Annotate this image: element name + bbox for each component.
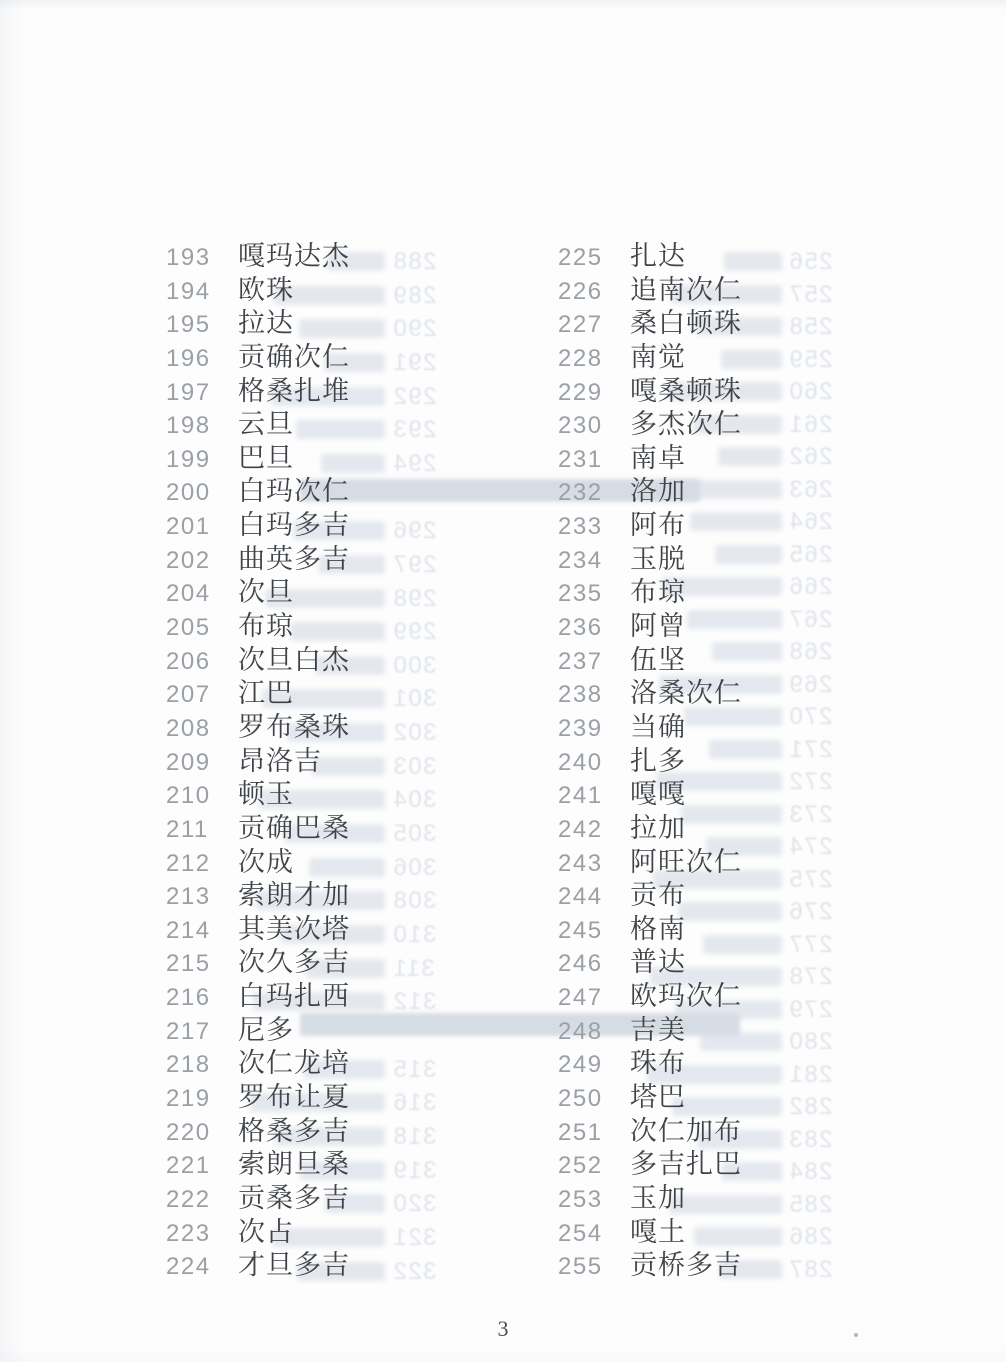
- entry-number: 231: [558, 443, 630, 477]
- entry-name: 索朗旦桑: [238, 1149, 350, 1179]
- list-item: 222贡桑多吉: [166, 1182, 350, 1216]
- bleedthrough-number: 290: [392, 317, 452, 341]
- entry-name: 白玛次仁: [238, 476, 350, 506]
- entry-number: 222: [166, 1183, 238, 1217]
- bleedthrough-number: 306: [392, 856, 452, 880]
- bleedthrough-number: 300: [392, 654, 452, 678]
- entry-name: 次久多吉: [238, 947, 350, 977]
- bleedthrough-number: 316: [392, 1091, 452, 1115]
- entry-name: 白玛扎西: [238, 981, 350, 1011]
- entry-number: 208: [166, 712, 238, 746]
- bleedthrough-number: 320: [392, 1192, 452, 1216]
- list-item: 213索朗才加: [166, 879, 350, 913]
- list-item: 241嘎嘎: [558, 778, 742, 812]
- bleedthrough-number: 303: [392, 755, 452, 779]
- bleedthrough-number: 266: [788, 575, 848, 599]
- entry-name: 贡确次仁: [238, 342, 350, 372]
- entry-name: 贡布: [630, 880, 686, 910]
- list-item: 218次仁龙培: [166, 1047, 350, 1081]
- list-item: 215次久多吉: [166, 946, 350, 980]
- list-item: 251次仁加布: [558, 1115, 742, 1149]
- bleedthrough-number: 277: [788, 933, 848, 957]
- entry-number: 219: [166, 1082, 238, 1116]
- list-item: 207江巴: [166, 677, 350, 711]
- bleedthrough-number: 281: [788, 1063, 848, 1087]
- bleedthrough-number: 278: [788, 965, 848, 989]
- entry-name: 嘎嘎: [630, 779, 686, 809]
- entry-number: 243: [558, 847, 630, 881]
- list-item: 193嘎玛达杰: [166, 240, 350, 274]
- bleedthrough-number: 269: [788, 673, 848, 697]
- entry-number: 216: [166, 981, 238, 1015]
- list-item: 200白玛次仁: [166, 475, 350, 509]
- bleedthrough-number: 280: [788, 1030, 848, 1054]
- entry-name: 阿曾: [630, 611, 686, 641]
- bleedthrough-number: 267: [788, 608, 848, 632]
- entry-number: 210: [166, 779, 238, 813]
- entry-name: 南卓: [630, 443, 686, 473]
- entry-number: 250: [558, 1082, 630, 1116]
- bleedthrough-number: 322: [392, 1260, 452, 1284]
- entry-name: 普达: [630, 947, 686, 977]
- entry-name: 才旦多吉: [238, 1250, 350, 1280]
- entry-name: 嘎桑顿珠: [630, 376, 742, 406]
- list-item: 212次成: [166, 846, 350, 880]
- entry-name: 曲英多吉: [238, 544, 350, 574]
- entry-number: 198: [166, 409, 238, 443]
- bleedthrough-number: 271: [788, 738, 848, 762]
- entry-number: 225: [558, 241, 630, 275]
- list-item: 205布琼: [166, 610, 350, 644]
- list-item: 221索朗旦桑: [166, 1148, 350, 1182]
- entry-name: 嘎玛达杰: [238, 241, 350, 271]
- entry-number: 204: [166, 577, 238, 611]
- entry-name: 格南: [630, 914, 686, 944]
- entry-name: 拉加: [630, 813, 686, 843]
- bleedthrough-number: 261: [788, 413, 848, 437]
- name-list-right-column: 225扎达226追南次仁227桑白顿珠228南觉229嘎桑顿珠230多杰次仁23…: [558, 240, 742, 1283]
- entry-number: 230: [558, 409, 630, 443]
- list-item: 226追南次仁: [558, 274, 742, 308]
- entry-name: 顿玉: [238, 779, 294, 809]
- entry-name: 次占: [238, 1217, 294, 1247]
- entry-name: 白玛多吉: [238, 510, 350, 540]
- bleedthrough-number: 273: [788, 803, 848, 827]
- entry-number: 251: [558, 1116, 630, 1150]
- list-item: 243阿旺次仁: [558, 846, 742, 880]
- entry-number: 254: [558, 1217, 630, 1251]
- entry-number: 197: [166, 376, 238, 410]
- entry-number: 195: [166, 308, 238, 342]
- list-item: 210顿玉: [166, 778, 350, 812]
- bleedthrough-number: 299: [392, 620, 452, 644]
- bleedthrough-number: 284: [788, 1160, 848, 1184]
- bleedthrough-number: 301: [392, 687, 452, 711]
- entry-number: 244: [558, 880, 630, 914]
- list-item: 229嘎桑顿珠: [558, 375, 742, 409]
- bleedthrough-number: 272: [788, 770, 848, 794]
- list-item: 235布琼: [558, 576, 742, 610]
- bleedthrough-number: 319: [392, 1159, 452, 1183]
- entry-name: 阿旺次仁: [630, 847, 742, 877]
- bleedthrough-number: 321: [392, 1226, 452, 1250]
- list-item: 209昂洛吉: [166, 745, 350, 779]
- entry-number: 214: [166, 914, 238, 948]
- entry-number: 201: [166, 510, 238, 544]
- bleedthrough-number: 282: [788, 1095, 848, 1119]
- list-item: 216白玛扎西: [166, 980, 350, 1014]
- entry-name: 次仁加布: [630, 1116, 742, 1146]
- entry-name: 洛桑次仁: [630, 678, 742, 708]
- entry-number: 227: [558, 308, 630, 342]
- bleedthrough-number: 302: [392, 721, 452, 745]
- entry-number: 252: [558, 1149, 630, 1183]
- entry-number: 218: [166, 1048, 238, 1082]
- entry-number: 217: [166, 1015, 238, 1049]
- bleedthrough-number: 294: [392, 452, 452, 476]
- entry-name: 阿布: [630, 510, 686, 540]
- list-item: 238洛桑次仁: [558, 677, 742, 711]
- entry-name: 南觉: [630, 342, 686, 372]
- bleedthrough-number: 286: [788, 1225, 848, 1249]
- entry-name: 洛加: [630, 476, 686, 506]
- entry-name: 多杰次仁: [630, 409, 742, 439]
- entry-number: 229: [558, 376, 630, 410]
- list-item: 231南卓: [558, 442, 742, 476]
- entry-number: 200: [166, 476, 238, 510]
- entry-number: 215: [166, 947, 238, 981]
- entry-name: 扎达: [630, 241, 686, 271]
- entry-number: 238: [558, 678, 630, 712]
- list-item: 234玉脱: [558, 543, 742, 577]
- list-item: 239当确: [558, 711, 742, 745]
- bleedthrough-number: 270: [788, 705, 848, 729]
- bleedthrough-number: 297: [392, 553, 452, 577]
- bleedthrough-number: 289: [392, 284, 452, 308]
- entry-number: 212: [166, 847, 238, 881]
- entry-number: 196: [166, 342, 238, 376]
- list-item: 214其美次塔: [166, 913, 350, 947]
- list-item: 254嘎土: [558, 1216, 742, 1250]
- entry-name: 玉脱: [630, 544, 686, 574]
- entry-name: 罗布桑珠: [238, 712, 350, 742]
- entry-name: 格桑扎堆: [238, 376, 350, 406]
- list-item: 219罗布让夏: [166, 1081, 350, 1115]
- bleedthrough-number: 256: [788, 250, 848, 274]
- entry-name: 玉加: [630, 1183, 686, 1213]
- bleedthrough-number: 264: [788, 510, 848, 534]
- bleedthrough-number: 310: [392, 923, 452, 947]
- list-item: 220格桑多吉: [166, 1115, 350, 1149]
- entry-number: 239: [558, 712, 630, 746]
- bleedthrough-number: 296: [392, 519, 452, 543]
- entry-number: 209: [166, 746, 238, 780]
- list-item: 224才旦多吉: [166, 1249, 350, 1283]
- entry-number: 255: [558, 1250, 630, 1284]
- entry-name: 追南次仁: [630, 275, 742, 305]
- bleedthrough-layer: 2882892902912922932942962972982993003013…: [0, 0, 1006, 1362]
- entry-name: 次旦白杰: [238, 645, 350, 675]
- list-item: 233阿布: [558, 509, 742, 543]
- entry-name: 欧珠: [238, 275, 294, 305]
- entry-number: 211: [166, 813, 238, 847]
- list-item: 196贡确次仁: [166, 341, 350, 375]
- bleedthrough-number: 265: [788, 543, 848, 567]
- entry-number: 246: [558, 947, 630, 981]
- entry-number: 226: [558, 275, 630, 309]
- name-list-left-column: 193嘎玛达杰194欧珠195拉达196贡确次仁197格桑扎堆198云旦199巴…: [166, 240, 350, 1283]
- list-item: 202曲英多吉: [166, 543, 350, 577]
- scanned-page: 2882892902912922932942962972982993003013…: [0, 0, 1006, 1362]
- list-item: 194欧珠: [166, 274, 350, 308]
- list-item: 206次旦白杰: [166, 644, 350, 678]
- entry-name: 尼多: [238, 1015, 294, 1045]
- list-item: 201白玛多吉: [166, 509, 350, 543]
- list-item: 244贡布: [558, 879, 742, 913]
- entry-name: 扎多: [630, 746, 686, 776]
- entry-name: 当确: [630, 712, 686, 742]
- bleedthrough-number: 279: [788, 998, 848, 1022]
- list-item: 249珠布: [558, 1047, 742, 1081]
- list-item: 230多杰次仁: [558, 408, 742, 442]
- bleedthrough-number: 275: [788, 868, 848, 892]
- entry-number: 221: [166, 1149, 238, 1183]
- list-item: 197格桑扎堆: [166, 375, 350, 409]
- list-item: 236阿曾: [558, 610, 742, 644]
- entry-name: 吉美: [630, 1015, 686, 1045]
- list-item: 195拉达: [166, 307, 350, 341]
- entry-name: 巴旦: [238, 443, 294, 473]
- scan-speck: [854, 1333, 858, 1337]
- entry-number: 241: [558, 779, 630, 813]
- entry-name: 昂洛吉: [238, 746, 322, 776]
- entry-number: 245: [558, 914, 630, 948]
- bleedthrough-number: 260: [788, 380, 848, 404]
- bleedthrough-number: 283: [788, 1128, 848, 1152]
- list-item: 227桑白顿珠: [558, 307, 742, 341]
- bleedthrough-number: 257: [788, 283, 848, 307]
- entry-name: 拉达: [238, 308, 294, 338]
- entry-name: 塔巴: [630, 1082, 686, 1112]
- entry-number: 220: [166, 1116, 238, 1150]
- list-item: 208罗布桑珠: [166, 711, 350, 745]
- bleedthrough-number: 308: [392, 889, 452, 913]
- entry-name: 其美次塔: [238, 914, 350, 944]
- entry-name: 次仁龙培: [238, 1048, 350, 1078]
- list-item: 217尼多: [166, 1014, 350, 1048]
- bleedthrough-number: 276: [788, 900, 848, 924]
- list-item: 247欧玛次仁: [558, 980, 742, 1014]
- entry-name: 贡桥多吉: [630, 1250, 742, 1280]
- entry-number: 248: [558, 1015, 630, 1049]
- list-item: 228南觉: [558, 341, 742, 375]
- bleedthrough-number: 311: [392, 957, 452, 981]
- entry-number: 253: [558, 1183, 630, 1217]
- entry-name: 布琼: [238, 611, 294, 641]
- entry-name: 江巴: [238, 678, 294, 708]
- bleedthrough-number: 287: [788, 1258, 848, 1282]
- page-number: 3: [0, 1316, 1006, 1342]
- bleedthrough-number: 298: [392, 587, 452, 611]
- bleedthrough-number: 268: [788, 640, 848, 664]
- list-item: 198云旦: [166, 408, 350, 442]
- entry-number: 237: [558, 645, 630, 679]
- bleedthrough-number: 258: [788, 315, 848, 339]
- bleedthrough-number: 293: [392, 418, 452, 442]
- entry-number: 240: [558, 746, 630, 780]
- entry-name: 桑白顿珠: [630, 308, 742, 338]
- entry-name: 欧玛次仁: [630, 981, 742, 1011]
- entry-name: 索朗才加: [238, 880, 350, 910]
- entry-name: 贡桑多吉: [238, 1183, 350, 1213]
- list-item: 250塔巴: [558, 1081, 742, 1115]
- entry-number: 207: [166, 678, 238, 712]
- list-item: 253玉加: [558, 1182, 742, 1216]
- list-item: 252多吉扎巴: [558, 1148, 742, 1182]
- bleedthrough-number: 318: [392, 1125, 452, 1149]
- bleedthrough-number: 263: [788, 478, 848, 502]
- entry-number: 233: [558, 510, 630, 544]
- bleedthrough-number: 315: [392, 1058, 452, 1082]
- entry-number: 232: [558, 476, 630, 510]
- bleedthrough-number: 288: [392, 250, 452, 274]
- entry-name: 嘎土: [630, 1217, 686, 1247]
- entry-number: 249: [558, 1048, 630, 1082]
- entry-name: 次旦: [238, 577, 294, 607]
- entry-number: 242: [558, 813, 630, 847]
- entry-number: 223: [166, 1217, 238, 1251]
- entry-name: 多吉扎巴: [630, 1149, 742, 1179]
- list-item: 237伍坚: [558, 644, 742, 678]
- entry-name: 布琼: [630, 577, 686, 607]
- entry-name: 云旦: [238, 409, 294, 439]
- list-item: 240扎多: [558, 745, 742, 779]
- entry-number: 193: [166, 241, 238, 275]
- list-item: 245格南: [558, 913, 742, 947]
- entry-number: 206: [166, 645, 238, 679]
- entry-name: 伍坚: [630, 645, 686, 675]
- list-item: 248吉美: [558, 1014, 742, 1048]
- entry-number: 205: [166, 611, 238, 645]
- entry-number: 224: [166, 1250, 238, 1284]
- entry-number: 234: [558, 544, 630, 578]
- list-item: 199巴旦: [166, 442, 350, 476]
- list-item: 242拉加: [558, 812, 742, 846]
- bleedthrough-number: 262: [788, 445, 848, 469]
- bleedthrough-number: 259: [788, 348, 848, 372]
- entry-number: 199: [166, 443, 238, 477]
- entry-name: 罗布让夏: [238, 1082, 350, 1112]
- entry-number: 194: [166, 275, 238, 309]
- entry-name: 格桑多吉: [238, 1116, 350, 1146]
- bleedthrough-number: 274: [788, 835, 848, 859]
- list-item: 204次旦: [166, 576, 350, 610]
- bleedthrough-number: 292: [392, 385, 452, 409]
- bleedthrough-number: 285: [788, 1193, 848, 1217]
- bleedthrough-number: 304: [392, 788, 452, 812]
- list-item: 255贡桥多吉: [558, 1249, 742, 1283]
- list-item: 211贡确巴桑: [166, 812, 350, 846]
- entry-name: 次成: [238, 847, 294, 877]
- bleedthrough-number: 305: [392, 822, 452, 846]
- entry-number: 213: [166, 880, 238, 914]
- list-item: 223次占: [166, 1216, 350, 1250]
- entry-name: 贡确巴桑: [238, 813, 350, 843]
- entry-number: 247: [558, 981, 630, 1015]
- entry-number: 228: [558, 342, 630, 376]
- bleedthrough-number: 312: [392, 990, 452, 1014]
- entry-number: 236: [558, 611, 630, 645]
- list-item: 246普达: [558, 946, 742, 980]
- list-item: 225扎达: [558, 240, 742, 274]
- entry-number: 202: [166, 544, 238, 578]
- entry-number: 235: [558, 577, 630, 611]
- bleedthrough-number: 291: [392, 351, 452, 375]
- entry-name: 珠布: [630, 1048, 686, 1078]
- list-item: 232洛加: [558, 475, 742, 509]
